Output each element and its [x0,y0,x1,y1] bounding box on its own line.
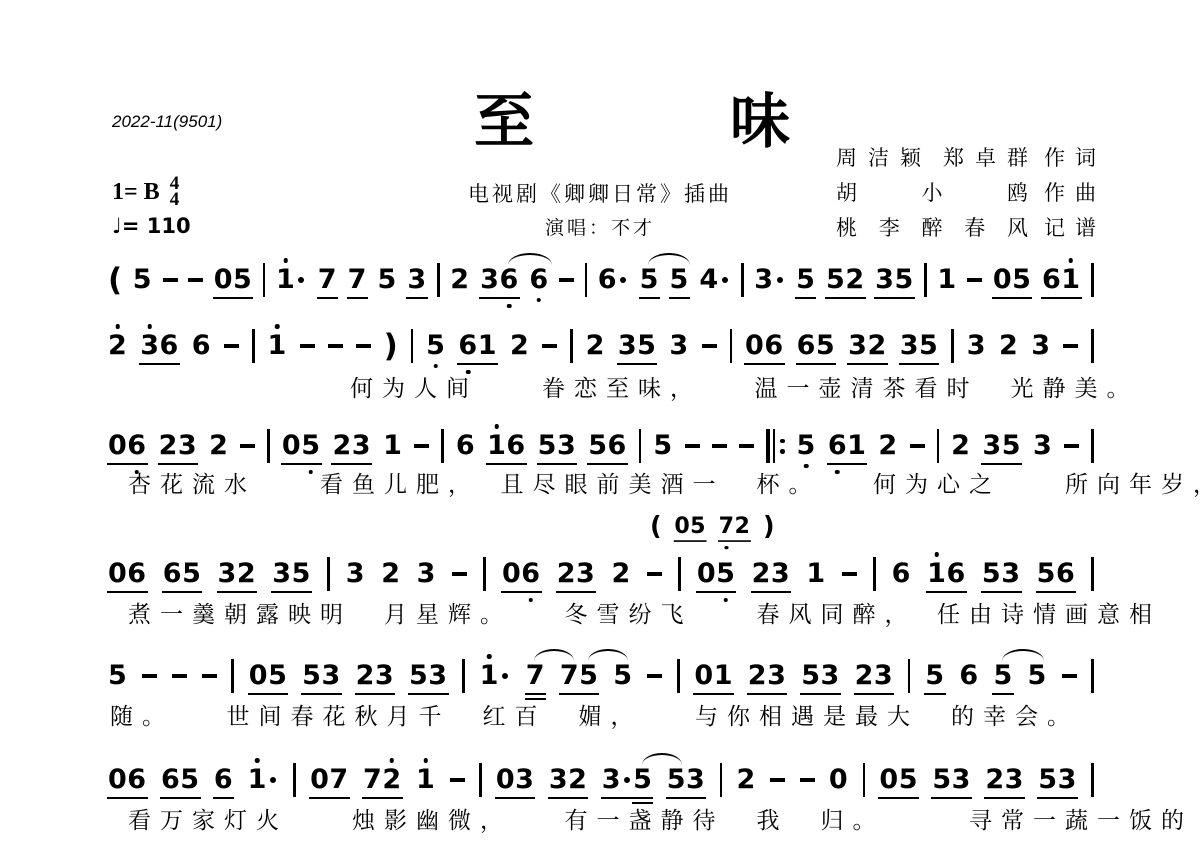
note-group: 2 [586,331,605,361]
octave-dot-above [423,758,428,763]
barline [873,557,876,591]
augmentation-dot [499,661,511,691]
barline [720,763,723,797]
note-group: 23 [752,559,791,589]
music-line-6: 06656107721033235532005532353 [108,756,1094,804]
note-group: 75 [560,661,599,691]
note-group: 7 [318,265,337,295]
note-group: 05 [249,661,288,691]
note-group: 53 [302,661,341,691]
duration-dash [1064,444,1079,448]
duration-dash [172,674,187,678]
duration-dash [240,444,255,448]
duration-dash [414,444,429,448]
barline [677,659,680,693]
note-group: 06 [745,331,784,361]
barline [863,763,866,797]
note-group: 3 [417,559,436,589]
note-group: 56 [1037,559,1076,589]
duration-dash [450,778,465,782]
note-group: 07 [310,765,349,795]
note-group: 23 [332,431,371,461]
note-group: 1 [383,431,402,461]
note-group: 32 [549,765,588,795]
note-group: 06 [108,559,147,589]
note-group: 3 [967,331,986,361]
note-group: 5 [426,331,445,361]
barline [267,429,270,463]
barline [937,429,940,463]
note-group: 5 [640,265,659,295]
note-group: 53 [409,661,448,691]
barline [411,329,414,363]
note-group: 06 [108,765,147,795]
octave-dot-above [935,552,940,557]
duration-dash [356,344,371,348]
duration-dash [542,344,557,348]
barline [678,557,681,591]
barline [1091,659,1094,693]
octave-dot-above [390,758,395,763]
augmentation-dot [295,265,307,295]
barline [483,557,486,591]
note-group: 3 [754,265,785,295]
note-group: 61 [828,431,867,461]
note-group: 1 [806,559,825,589]
music-line-3: 06232052316165356556122353 [108,422,1094,470]
duration-dash [842,572,857,576]
note-group: 35 [602,765,653,795]
note-group: 3 [407,265,426,295]
note-group: 16 [927,559,966,589]
duration-dash [452,572,467,576]
note-group: 05 [214,265,253,295]
note-group: 5 [133,265,152,295]
note-group: 4 [699,265,730,295]
duration-dash [712,444,727,448]
composer-role: 作曲 [1044,177,1096,207]
barline [293,763,296,797]
duration-dash [163,278,178,282]
note-group: 6 [456,431,475,461]
barline [1091,429,1094,463]
duration-dash [188,278,203,282]
note-group: 36 [480,265,519,295]
credits-block: 周洁颖 郑卓群 作词 胡小鸥 作曲 桃李醉春风 记谱 [836,142,1096,247]
note-group: 23 [159,431,198,461]
duration-dash [770,778,785,782]
note-group: 1 [267,331,286,361]
close-paren: ) [384,331,398,361]
note-group: 53 [538,431,577,461]
barline [730,329,733,363]
note-group: 6 [892,559,911,589]
note-group: 01 [694,661,733,691]
close-paren: ) [763,514,775,539]
note-group: 5 [653,431,672,461]
note-group: 5 [613,661,632,691]
barline [231,659,234,693]
barline [951,329,954,363]
music-line-2: 23661)5612235306653235323 [108,322,1094,370]
duration-dash [739,444,754,448]
lyricist-role: 作词 [1044,142,1096,172]
note-group: 05 [879,765,918,795]
note-group: 53 [1038,765,1077,795]
augmentation-dot [719,265,731,295]
note-group: 5 [108,661,127,691]
credit-lyricist: 周洁颖 郑卓群 作词 [836,142,1096,172]
note-group: 16 [487,431,526,461]
note-group: 7 [348,265,367,295]
note-group: 35 [272,559,311,589]
note-group: 1 [937,265,956,295]
note-group: 53 [982,559,1021,589]
octave-dot-above [1069,258,1074,263]
barline [462,659,465,693]
note-group: 23 [557,559,596,589]
note-group: 2 [999,331,1018,361]
octave-dot-above [148,324,153,329]
note-group: 65 [797,331,836,361]
note-group: 0 [829,765,848,795]
music-line-4: 0665323532306232052316165356 [108,550,1094,598]
note-group: 1 [248,765,279,795]
composer-name: 胡小鸥 [836,177,1028,207]
note-group: 23 [985,765,1024,795]
octave-dot-below [434,364,439,369]
duration-dash [328,344,343,348]
duration-dash [142,674,157,678]
lyrics-line-3: 煮一羹朝露映明 月星辉。 冬雪纷飞 春风同醉， 任由诗情画意相 [128,596,1161,629]
note-group: 52 [826,265,865,295]
note-group: 7 [526,661,545,691]
augmentation-dot [617,265,629,295]
barline [1091,557,1094,591]
note-group: 35 [618,331,657,361]
note-group: 72 [363,765,402,795]
barline [479,763,482,797]
barline [924,263,927,297]
note-group: 32 [848,331,887,361]
octave-dot-above [494,424,499,429]
octave-dot-above [255,758,260,763]
duration-dash [647,674,662,678]
note-group: 53 [932,765,971,795]
barline [263,263,266,297]
barline [570,329,573,363]
note-group: 5 [378,265,397,295]
note-group: 06 [502,559,541,589]
note-group: 6 [192,331,211,361]
note-group: 2 [878,431,897,461]
lyrics-line-1: 何为人间 眷恋至味， 温一壶清茶看时 光静美。 [350,370,1139,403]
credit-transcriber: 桃李醉春风 记谱 [836,212,1096,242]
time-signature: 4 4 [170,176,180,208]
pickup-annotation: (0572) [650,514,775,539]
duration-dash [647,572,662,576]
note-group: 53 [667,765,706,795]
barline [327,557,330,591]
time-bottom: 4 [170,192,180,208]
note-group: 61 [1042,265,1081,295]
duration-dash [1063,344,1078,348]
note-group: 1 [276,265,307,295]
note-group: 5 [796,265,815,295]
note-group: 23 [855,661,894,691]
duration-dash [1062,674,1077,678]
note-group: 72 [719,514,751,539]
note-group: 2 [209,431,228,461]
note-group: 2 [510,331,529,361]
barline [437,263,440,297]
note-group: 5 [925,661,944,691]
music-line-5: 50553235317755012353235655 [108,652,1094,700]
transcriber-role: 记谱 [1044,212,1096,242]
tempo-marking: ♩= 110 [112,214,191,238]
note-group: 23 [356,661,395,691]
duration-dash [300,344,315,348]
note-group: 5 [993,661,1012,691]
barline [1091,329,1094,363]
augmentation-dot [621,765,633,795]
open-paren: ( [108,265,122,295]
barline [1091,763,1094,797]
key-signature: 1= B 4 4 [112,176,179,208]
duration-dash [800,778,815,782]
key-label: 1= B [112,179,160,206]
note-group: 1 [416,765,435,795]
edition-number: 2022-11(9501) [112,112,222,132]
note-group: 3 [669,331,688,361]
note-group: 05 [697,559,736,589]
note-group: 5 [797,431,816,461]
note-group: 23 [748,661,787,691]
note-group: 6 [598,265,629,295]
note-group: 3 [1031,331,1050,361]
note-group: 53 [801,661,840,691]
note-group: 35 [982,431,1021,461]
note-group: 1 [480,661,511,691]
barline [908,659,911,693]
barline [252,329,255,363]
duration-dash [702,344,717,348]
duration-dash [685,444,700,448]
note-group: 2 [108,331,127,361]
note-group: 5 [1028,661,1047,691]
note-group: 6 [959,661,978,691]
octave-dot-above [275,324,280,329]
note-group: 36 [140,331,179,361]
note-group: 05 [993,265,1032,295]
open-paren: ( [650,514,662,539]
music-line-1: (505177532366655435523510561 [108,256,1094,304]
note-group: 06 [108,431,147,461]
note-group: 2 [737,765,756,795]
note-group: 03 [496,765,535,795]
note-group: 05 [282,431,321,461]
note-group: 2 [951,431,970,461]
duration-dash [967,278,982,282]
repeat-start-barline [766,429,785,463]
octave-dot-above [487,654,492,659]
octave-dot-above [115,324,120,329]
note-group: 65 [161,765,200,795]
sheet-music-page: 2022-11(9501) 至味 电视剧《卿卿日常》插曲 演唱：不才 1= B … [0,0,1200,850]
lyrics-line-2: 杏花流水 看鱼儿肥， 且尽眼前美酒一 杯。 何为心之 所向年岁， [128,466,1200,499]
note-group: 32 [218,559,257,589]
duration-dash [224,344,239,348]
transcriber-name: 桃李醉春风 [836,212,1028,242]
octave-dot-below [537,298,542,303]
octave-dot-below [725,546,729,550]
duration-dash [910,444,925,448]
note-group: 2 [612,559,631,589]
augmentation-dot [267,765,279,795]
augmentation-dot [774,265,786,295]
lyrics-line-5: 看万家灯火 烛影幽微， 有一盏静待 我 归。 寻常一蔬一饭的 [128,802,1193,835]
barline [1091,263,1094,297]
duration-dash [559,278,574,282]
note-group: 3 [1033,431,1052,461]
note-group: 3 [346,559,365,589]
note-group: 35 [875,265,914,295]
note-group: 6 [529,265,548,295]
barline [741,263,744,297]
barline [585,263,588,297]
note-group: 05 [674,514,706,539]
credit-composer: 胡小鸥 作曲 [836,177,1096,207]
octave-dot-above [283,258,288,263]
octave-dot-below [507,304,512,309]
duration-dash [202,674,217,678]
note-group: 5 [670,265,689,295]
note-group: 6 [214,765,233,795]
note-group: 65 [163,559,202,589]
barline [639,429,642,463]
note-group: 61 [458,331,497,361]
note-group: 56 [588,431,627,461]
note-group: 2 [450,265,469,295]
note-group: 2 [381,559,400,589]
barline [441,429,444,463]
lyrics-line-4: 随。 世间春花秋月千 红百 媚， 与你相遇是最大 的幸会。 [110,698,1079,731]
note-group: 35 [900,331,939,361]
lyricist-names: 周洁颖 郑卓群 [836,142,1028,172]
